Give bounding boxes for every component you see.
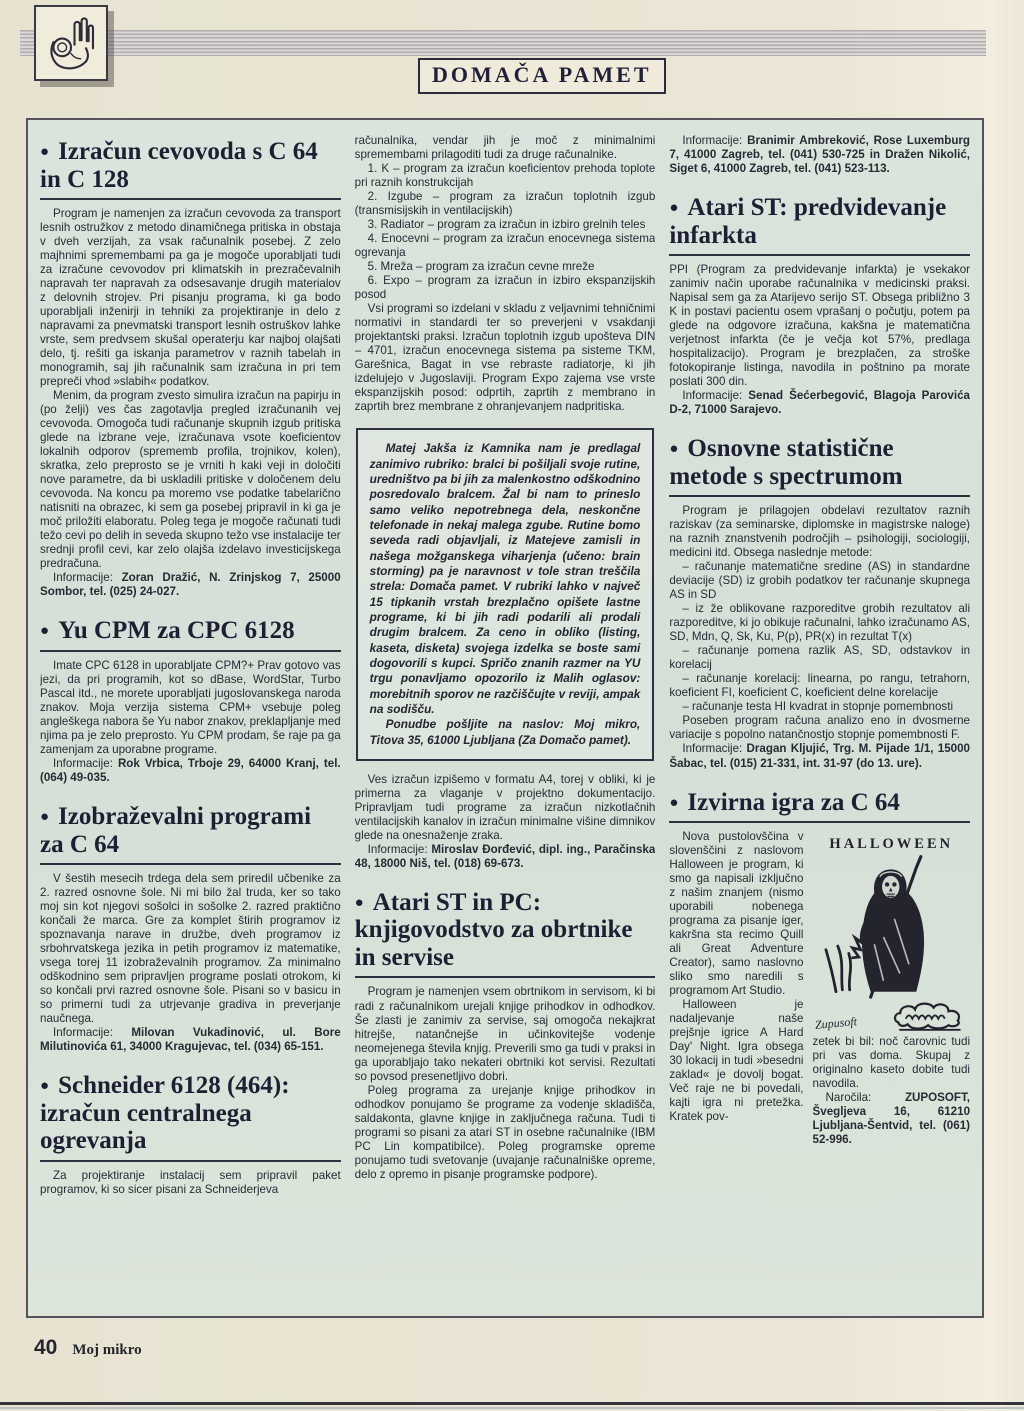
- scan-edge-line: [0, 1402, 1024, 1405]
- article-title-cevovod: ●Izračun cevovoda s C 64 in C 128: [40, 138, 341, 193]
- page-content-box: ●Izračun cevovoda s C 64 in C 128 Progra…: [26, 118, 984, 1318]
- contact-info: Informacije: Branimir Ambreković, Rose L…: [669, 134, 970, 176]
- article-title-igra: ●Izvirna igra za C 64: [669, 789, 970, 817]
- illustrator-signature: Zupusoft: [814, 1014, 857, 1033]
- editor-note-box: Matej Jakša iz Kamnika nam je predlagal …: [356, 428, 655, 761]
- column-3: Informacije: Branimir Ambreković, Rose L…: [669, 134, 970, 1308]
- article-title-atari-pc: ●Atari ST in PC: knjigovodstvo za obrtni…: [355, 889, 656, 972]
- grim-reaper-icon: [813, 853, 971, 999]
- contact-info: Informacije: Senad Šećerbegović, Blagoja…: [669, 389, 970, 417]
- bullet-icon: ●: [40, 809, 49, 825]
- editor-note-paragraph: Matej Jakša iz Kamnika nam je predlagal …: [370, 441, 641, 717]
- article-paragraph: računalnika, vendar jih je moč z minimal…: [355, 134, 656, 162]
- article-paragraph: zetek bi bil: noč čarovnic tudi pri vas …: [813, 1035, 971, 1091]
- article-paragraph: Ves izračun izpišemo v formatu A4, torej…: [355, 773, 656, 843]
- program-list-item: 1. K – program za izračun koeficientov p…: [355, 162, 656, 190]
- article-paragraph: Program je namenjen vsem obrtnikom in se…: [355, 985, 656, 1083]
- program-list-item: 3. Radiator – program za izračun in izbi…: [355, 218, 656, 232]
- bullet-icon: ●: [355, 895, 364, 911]
- article-title-statistika: ●Osnovne statistične metode s spectrumom: [669, 435, 970, 490]
- page-number: 40: [34, 1336, 57, 1360]
- contact-info: Informacije: Milovan Vukadinović, ul. Bo…: [40, 1026, 341, 1054]
- article-title-izobrazevalni: ●Izobraževalni programi za C 64: [40, 803, 341, 858]
- halloween-article-body: Nova pustolovščina v slovenščini z naslo…: [669, 830, 970, 1147]
- ok-hand-icon: [42, 12, 100, 74]
- article-paragraph: PPI (Program za predvidevanje infarkta) …: [669, 263, 970, 389]
- article-paragraph: Za projektiranje instalacij sem pripravi…: [40, 1169, 341, 1197]
- editor-note-paragraph: Ponudbe pošljite na naslov: Moj mikro, T…: [370, 717, 641, 748]
- article-paragraph: Program je namenjen za izračun cevovoda …: [40, 207, 341, 389]
- page-footer: 40 Moj mikro: [34, 1336, 142, 1360]
- headline-rule: [355, 976, 656, 978]
- article-paragraph: Program je prilagojen obdelavi rezultato…: [669, 504, 970, 560]
- contact-info: Informacije: Rok Vrbica, Trboje 29, 6400…: [40, 757, 341, 785]
- method-list-item: – računanje pomena razlik AS, SD, odstav…: [669, 644, 970, 672]
- method-list-item: – iz že oblikovane razporeditve grobih r…: [669, 602, 970, 644]
- contact-info: Informacije: Zoran Dražić, N. Zrinjskog …: [40, 571, 341, 599]
- method-list-item: – računanje korelacij: linearna, po rang…: [669, 672, 970, 700]
- bullet-icon: ●: [40, 144, 49, 160]
- header-striped-band: [20, 30, 986, 56]
- headline-rule: [669, 821, 970, 823]
- column-2: računalnika, vendar jih je moč z minimal…: [355, 134, 656, 1308]
- halloween-illustration: HALLOWEEN: [813, 836, 971, 1035]
- halloween-image-title: HALLOWEEN: [813, 836, 971, 853]
- bullet-icon: ●: [669, 200, 678, 216]
- scan-edge-line-light: [0, 1407, 1024, 1409]
- article-title-infarkt: ●Atari ST: predvidevanje infarkta: [669, 194, 970, 249]
- article-paragraph: V šestih mesecih trdega dela sem priredi…: [40, 872, 341, 1026]
- article-paragraph: Nova pustolovščina v slovenščini z naslo…: [669, 830, 803, 998]
- article-title-schneider: ●Schneider 6128 (464): izračun centralne…: [40, 1072, 341, 1155]
- headline-rule: [40, 650, 341, 652]
- headline-rule: [40, 198, 341, 200]
- section-title: DOMAČA PAMET: [432, 62, 652, 87]
- bullet-icon: ●: [40, 1078, 49, 1094]
- ok-hand-logo: [34, 5, 108, 81]
- program-list-item: 2. Izgube – program za izračun toplotnih…: [355, 190, 656, 218]
- contact-info: Informacije: Dragan Kljujić, Trg. M. Pij…: [669, 742, 970, 770]
- magazine-name: Moj mikro: [72, 1342, 141, 1359]
- headline-rule: [40, 1160, 341, 1162]
- bullet-icon: ●: [669, 795, 678, 811]
- bullet-icon: ●: [40, 623, 49, 639]
- program-list-item: 6. Expo – program za izračun in izbiro e…: [355, 274, 656, 302]
- method-list-item: – računanje matematične sredine (AS) in …: [669, 560, 970, 602]
- halloween-text-right: HALLOWEEN: [813, 830, 971, 1147]
- article-paragraph: Menim, da program zvesto simulira izraču…: [40, 389, 341, 571]
- column-1: ●Izračun cevovoda s C 64 in C 128 Progra…: [40, 134, 341, 1308]
- method-list-item: – računanje testa HI kvadrat in stopnje …: [669, 700, 970, 714]
- halloween-text-left: Nova pustolovščina v slovenščini z naslo…: [669, 830, 803, 1147]
- bullet-icon: ●: [669, 441, 678, 457]
- article-paragraph: Vsi programi so izdelani v skladu z velj…: [355, 302, 656, 414]
- article-paragraph: Halloween je nadaljevanje naše prejšnje …: [669, 998, 803, 1124]
- program-list-item: 4. Enocevni – program za izračun enocevn…: [355, 232, 656, 260]
- zuposoft-cloud-logo: [890, 999, 968, 1031]
- headline-rule: [669, 254, 970, 256]
- headline-rule: [40, 863, 341, 865]
- program-list-item: 5. Mreža – program za izračun cevne mrež…: [355, 260, 656, 274]
- article-title-yucpm: ●Yu CPM za CPC 6128: [40, 617, 341, 645]
- order-info: Naročila: ZUPOSOFT, Švegljeva 16, 61210 …: [813, 1091, 971, 1147]
- section-title-box: DOMAČA PAMET: [418, 58, 666, 94]
- article-paragraph: Poseben program računa analizo eno in dv…: [669, 714, 970, 742]
- headline-rule: [669, 495, 970, 497]
- article-paragraph: Poleg programa za urejanje knjige prihod…: [355, 1084, 656, 1182]
- contact-info: Informacije: Miroslav Đorđević, dipl. in…: [355, 843, 656, 871]
- article-paragraph: Imate CPC 6128 in uporabljate CPM?+ Prav…: [40, 659, 341, 757]
